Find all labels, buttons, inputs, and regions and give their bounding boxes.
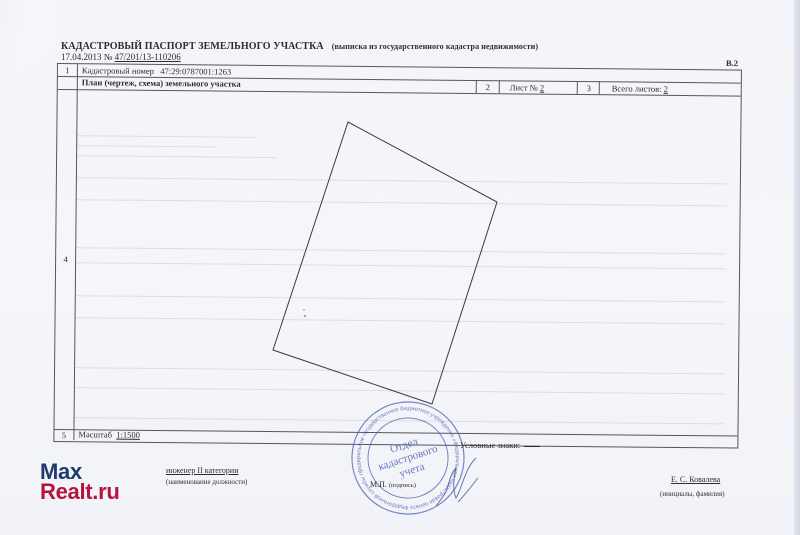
- signature-caption: (подпись): [389, 482, 416, 489]
- legend: Условные знаки:: [460, 440, 540, 450]
- signer-name-caption: (инициалы, фамилия): [660, 490, 725, 498]
- watermark-logo: Max Realt.ru: [40, 462, 120, 502]
- signer-position-caption: (наименование должности): [166, 478, 247, 486]
- document-page: КАДАСТРОВЫЙ ПАСПОРТ ЗЕМЕЛЬНОГО УЧАСТКА(в…: [0, 0, 800, 535]
- signer-name: Е. С. Ковалева: [671, 475, 720, 484]
- signature-mark: [428, 448, 498, 518]
- plot-marker-icon: [303, 309, 306, 317]
- stamp-place: М.П. (подпись): [370, 480, 416, 489]
- watermark-line2: Realt.ru: [40, 482, 120, 502]
- mp-mark: М.П.: [370, 480, 387, 489]
- boundary-line-icon: [524, 446, 540, 447]
- legend-label: Условные знаки:: [460, 440, 520, 450]
- land-plot-polygon: [273, 122, 497, 404]
- signer-position: инженер II категории: [166, 466, 239, 475]
